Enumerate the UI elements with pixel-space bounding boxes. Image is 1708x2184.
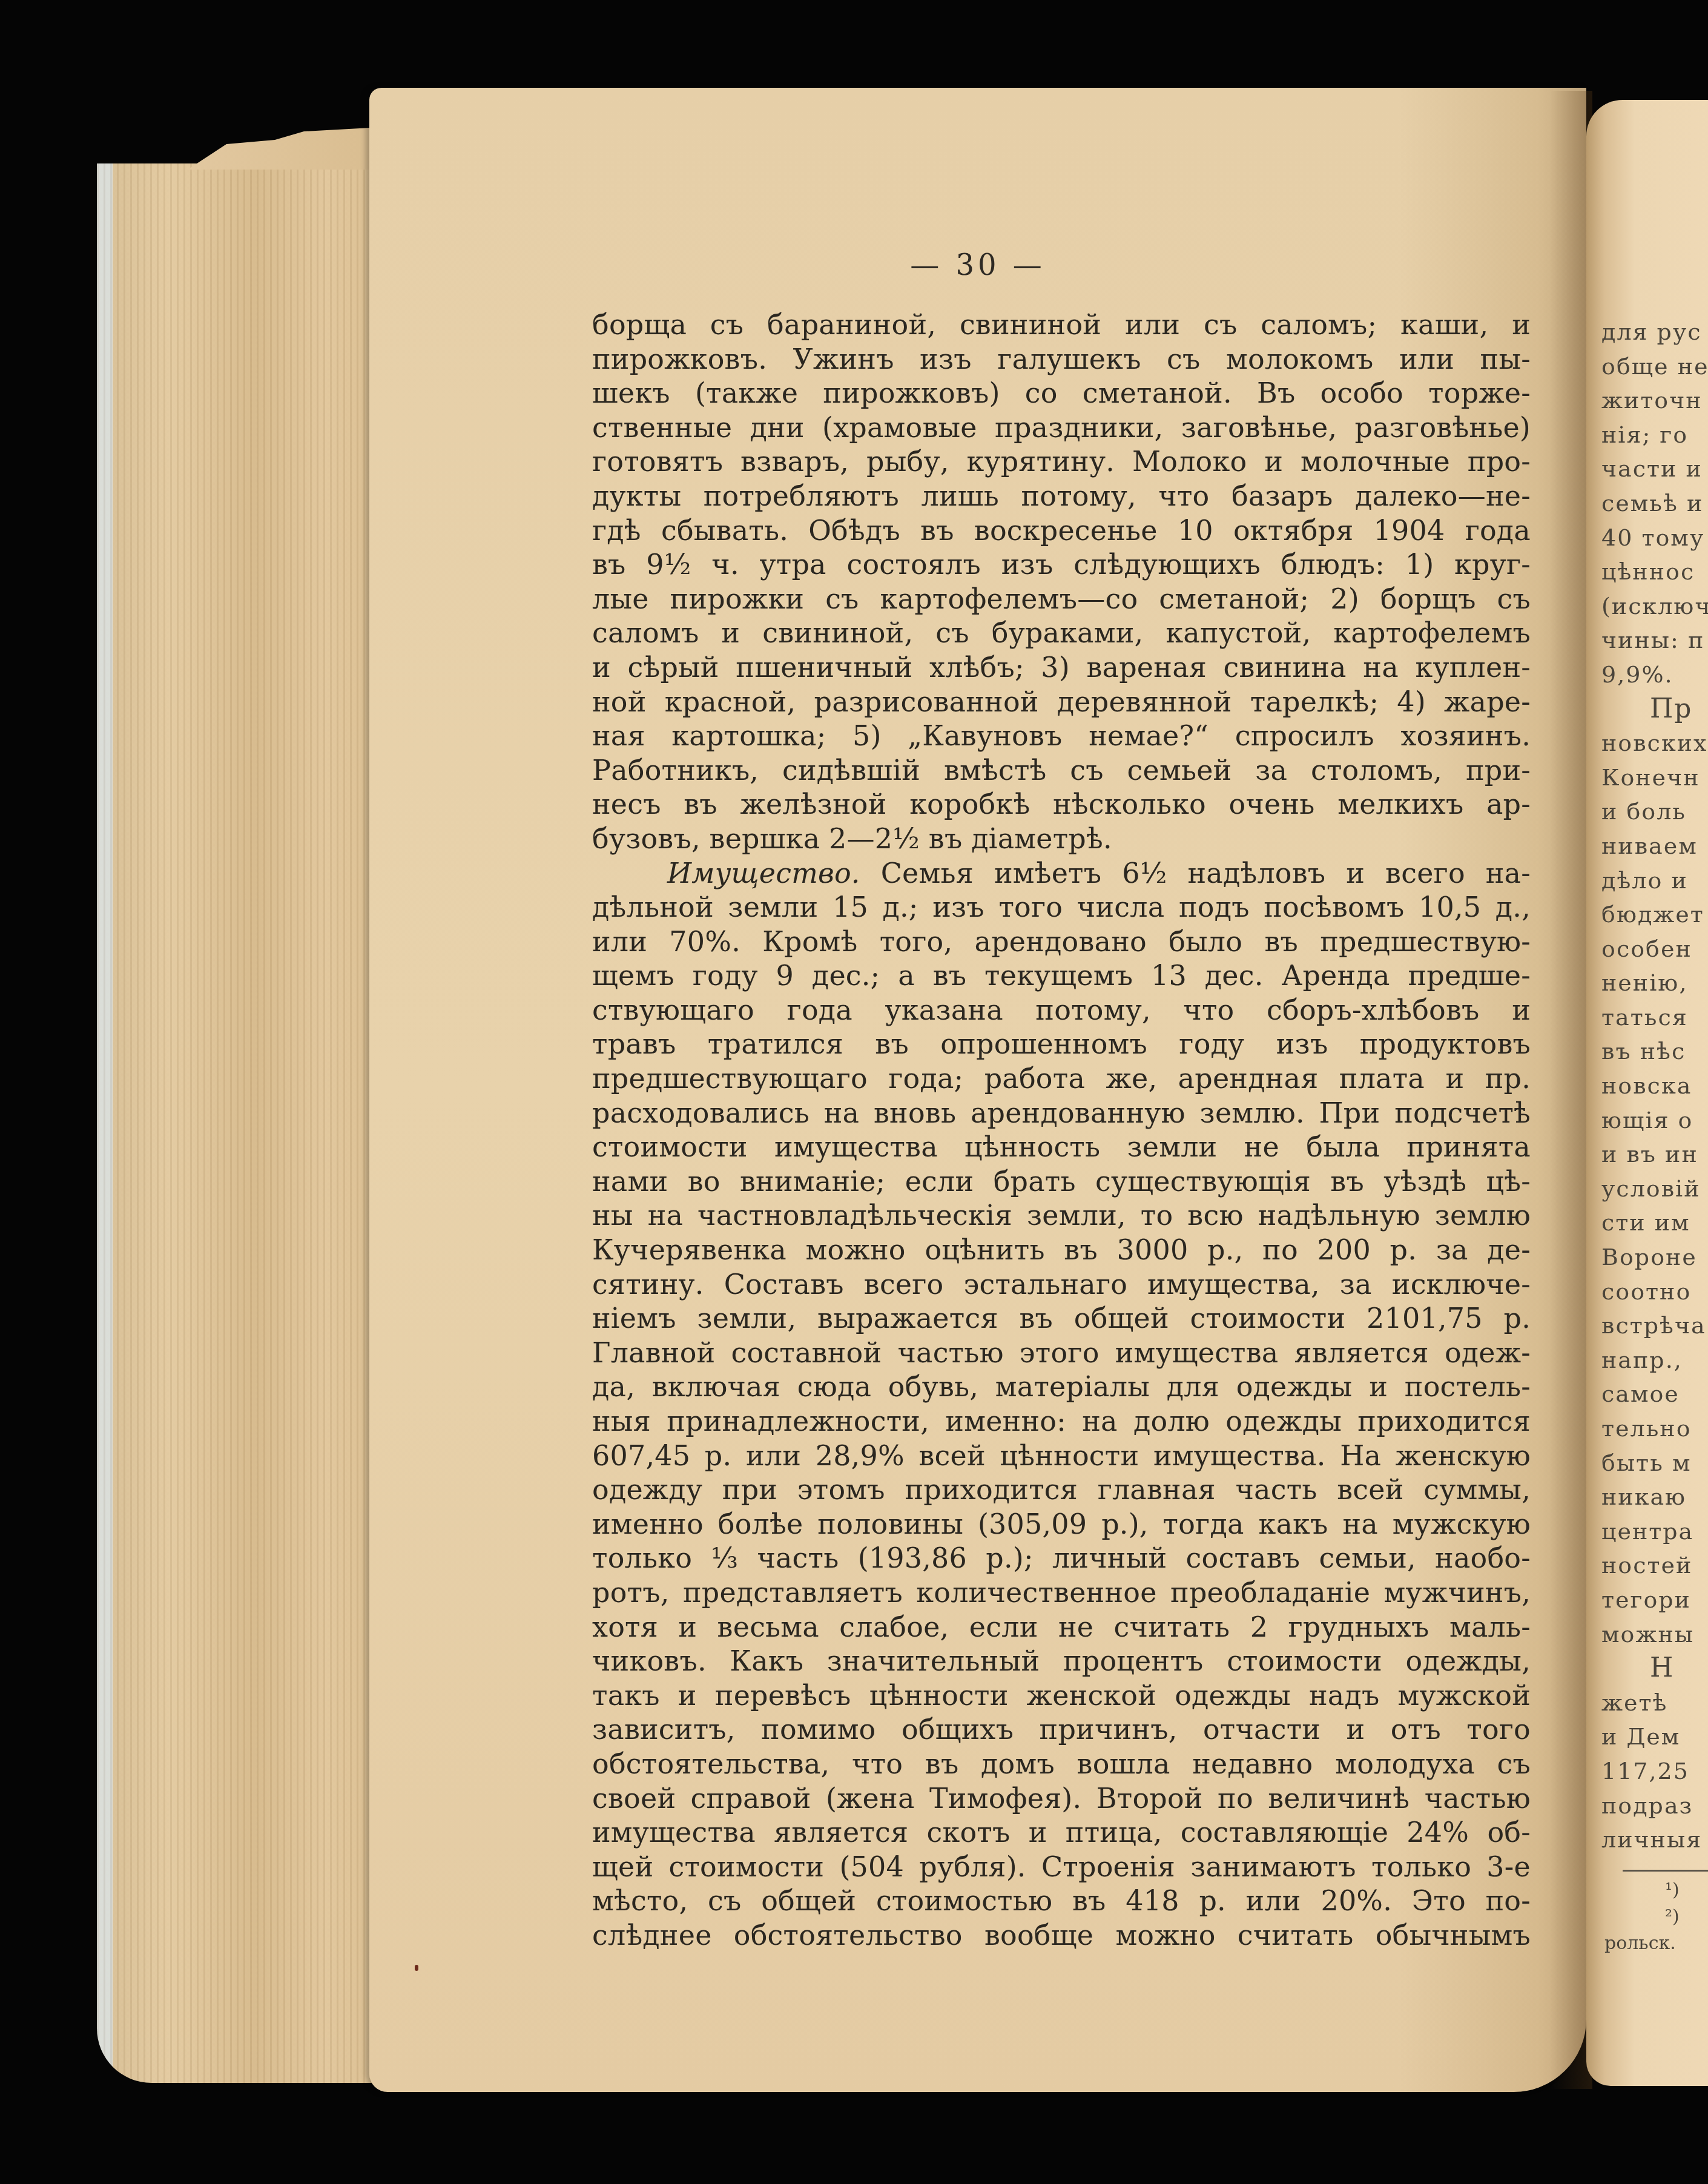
right-page-text-fragment: для русобще нежиточннія; гочасти исемьѣ … (1601, 315, 1708, 1857)
right-text-line: части и (1601, 452, 1708, 486)
text-line: несъ въ желѣзной коробкѣ нѣсколько очень… (592, 787, 1531, 822)
right-text-line: и въ ин (1601, 1137, 1708, 1172)
right-text-line: сти им (1601, 1206, 1708, 1240)
ink-speck (415, 1965, 418, 1971)
right-text-line: соотно (1601, 1275, 1708, 1309)
text-line: обстоятельства, что въ домъ вошла недавн… (592, 1747, 1531, 1781)
text-line: ственные дни (храмовые праздники, заговѣ… (592, 411, 1531, 445)
right-text-line: обще не (1601, 349, 1708, 384)
right-text-line: семьѣ и (1601, 486, 1708, 521)
right-text-line: таться (1601, 1000, 1708, 1035)
right-text-line: никаю (1601, 1480, 1708, 1514)
text-line: одежду при этомъ приходится главная част… (592, 1473, 1531, 1507)
text-line: чиковъ. Какъ значительный процентъ стоим… (592, 1644, 1531, 1678)
section-heading-word: Имущество. (667, 857, 860, 889)
right-text-line: подраз (1601, 1789, 1708, 1823)
right-text-line: встрѣча (1601, 1308, 1708, 1343)
text-line: пирожковъ. Ужинъ изъ галушекъ съ молоком… (592, 342, 1531, 377)
text-line: лые пирожки съ картофелемъ—со сметаной; … (592, 582, 1531, 616)
footnote-continuation: рольск. (1604, 1930, 1680, 1957)
text-line: предшествующаго года; работа же, арендна… (592, 1061, 1531, 1096)
right-text-line: 117,25 (1601, 1754, 1708, 1789)
text-line: дѣльной земли 15 д.; изъ того числа подъ… (592, 890, 1531, 925)
text-line: нами во вниманіе; если брать существующі… (592, 1164, 1531, 1199)
text-line: борща съ бараниной, свининой или съ сало… (592, 308, 1531, 342)
text-line: имущества является скотъ и птица, состав… (592, 1815, 1531, 1850)
text-line: зависитъ, помимо общихъ причинъ, отчасти… (592, 1712, 1531, 1747)
right-text-line: бюджет (1601, 897, 1708, 932)
text-line: и сѣрый пшеничный хлѣбъ; 3) вареная свин… (592, 650, 1531, 685)
text-line: щей стоимости (504 рубля). Строенія зани… (592, 1850, 1531, 1884)
text-line: бузовъ, вершка 2—2½ въ діаметрѣ. (592, 822, 1531, 856)
text-line: въ 9½ ч. утра состоялъ изъ слѣдующихъ бл… (592, 547, 1531, 582)
right-text-line: самое (1601, 1377, 1708, 1411)
text-line: такъ и перевѣсъ цѣнности женской одежды … (592, 1678, 1531, 1713)
book-page-stack (97, 163, 381, 2083)
page-edges-top (188, 127, 381, 170)
text-line: сятину. Составъ всего эстальнаго имущест… (592, 1267, 1531, 1302)
main-text-block: борща съ бараниной, свининой или съ сало… (592, 308, 1531, 1953)
right-text-line: 9,9%. (1601, 658, 1708, 692)
text-line: стоимости имущества цѣнность земли не бы… (592, 1130, 1531, 1164)
right-text-line: ненію, (1601, 966, 1708, 1000)
right-text-line: (исключ (1601, 589, 1708, 624)
text-line: своей справой (жена Тимофея). Второй по … (592, 1781, 1531, 1816)
text-line: саломъ и свининой, съ бураками, капустой… (592, 616, 1531, 650)
text-line: мѣсто, съ общей стоимостью въ 418 р. или… (592, 1884, 1531, 1918)
text-line: ствующаго года указана потому, что сборъ… (592, 993, 1531, 1028)
text-line: травъ тратился въ опрошенномъ году изъ п… (592, 1027, 1531, 1061)
right-text-line: ностей (1601, 1548, 1708, 1583)
text-line: ныя принадлежности, именно: на долю одеж… (592, 1404, 1531, 1439)
text-line: именно болѣе половины (305,09 р.), тогда… (592, 1507, 1531, 1542)
text-line: ная картошка; 5) „Кавуновъ немае?“ спрос… (592, 719, 1531, 753)
text-line: ны на частновладѣльческія земли, то всю … (592, 1198, 1531, 1233)
right-text-line: личныя (1601, 1823, 1708, 1857)
right-text-line: нія; го (1601, 418, 1708, 452)
footnotes: ¹) ²) рольск. (1604, 1877, 1680, 1957)
right-text-line: Конечн (1601, 760, 1708, 795)
right-text-line: центра (1601, 1514, 1708, 1549)
right-text-line: жетѣ (1601, 1686, 1708, 1720)
right-text-line: цѣннос (1601, 555, 1708, 589)
right-text-line: житочн (1601, 383, 1708, 418)
right-text-line: напр., (1601, 1343, 1708, 1377)
text-line: щемъ году 9 дес.; а въ текущемъ 13 дес. … (592, 958, 1531, 993)
text-line: шекъ (также пирожковъ) со сметаной. Въ о… (592, 376, 1531, 411)
right-text-line: можны (1601, 1617, 1708, 1652)
footnote-1: ¹) (1604, 1877, 1680, 1904)
text-line: ніемъ земли, выражается въ общей стоимос… (592, 1301, 1531, 1336)
text-line: слѣднее обстоятельство вообще можно счит… (592, 1918, 1531, 1953)
text-line: Кучерявенка можно оцѣнить въ 3000 р., по… (592, 1233, 1531, 1267)
text-line: расходовались на вновь арендованную земл… (592, 1096, 1531, 1130)
text-line: Работникъ, сидѣвшій вмѣстѣ съ семьей за … (592, 753, 1531, 788)
right-text-line: 40 тому (1601, 521, 1708, 555)
right-text-line: ниваем (1601, 829, 1708, 863)
right-text-line: чины: п (1601, 623, 1708, 658)
right-text-line: и боль (1601, 794, 1708, 829)
page-number: — 30 — (369, 248, 1586, 282)
right-text-line: быть м (1601, 1446, 1708, 1480)
right-text-line: Н (1601, 1651, 1708, 1686)
text-line: 607,45 р. или 28,9% всей цѣнности имущес… (592, 1439, 1531, 1473)
text-line: Главной составной частью этого имущества… (592, 1336, 1531, 1370)
text-line: гдѣ сбывать. Обѣдъ въ воскресенье 10 окт… (592, 513, 1531, 548)
footnote-divider (1623, 1870, 1708, 1872)
text-line: дукты потребляютъ лишь потому, что базар… (592, 479, 1531, 513)
section-heading-line: Имущество. Семья имѣетъ 6½ надѣловъ и вс… (592, 856, 1531, 891)
text-line: да, включая сюда обувь, матеріалы для од… (592, 1370, 1531, 1404)
right-text-line: и Дем (1601, 1720, 1708, 1754)
text-line: ной красной, разрисованной деревянной та… (592, 685, 1531, 719)
right-text-line: Пр (1601, 692, 1708, 727)
right-text-line: Вороне (1601, 1240, 1708, 1275)
right-text-line: тельно (1601, 1411, 1708, 1446)
text-line: или 70%. Кромѣ того, арендовано было въ … (592, 925, 1531, 959)
footnote-2: ²) (1604, 1904, 1680, 1930)
right-text-line: условій (1601, 1172, 1708, 1206)
right-text-line: въ нѣс (1601, 1034, 1708, 1069)
text-line: хотя и весьма слабое, если не считать 2 … (592, 1610, 1531, 1645)
right-text-line: тегори (1601, 1583, 1708, 1617)
right-text-line: ющія о (1601, 1103, 1708, 1138)
text-line: ротъ, представляетъ количественное преоб… (592, 1575, 1531, 1610)
text-line: только ⅓ часть (193,86 р.); личный соста… (592, 1541, 1531, 1575)
right-text-line: новска (1601, 1069, 1708, 1103)
right-text-line: особен (1601, 932, 1708, 966)
right-text-line: для рус (1601, 315, 1708, 349)
right-text-line: новских (1601, 726, 1708, 760)
text-line: готовятъ взваръ, рыбу, курятину. Молоко … (592, 444, 1531, 479)
right-text-line: дѣло и (1601, 863, 1708, 898)
